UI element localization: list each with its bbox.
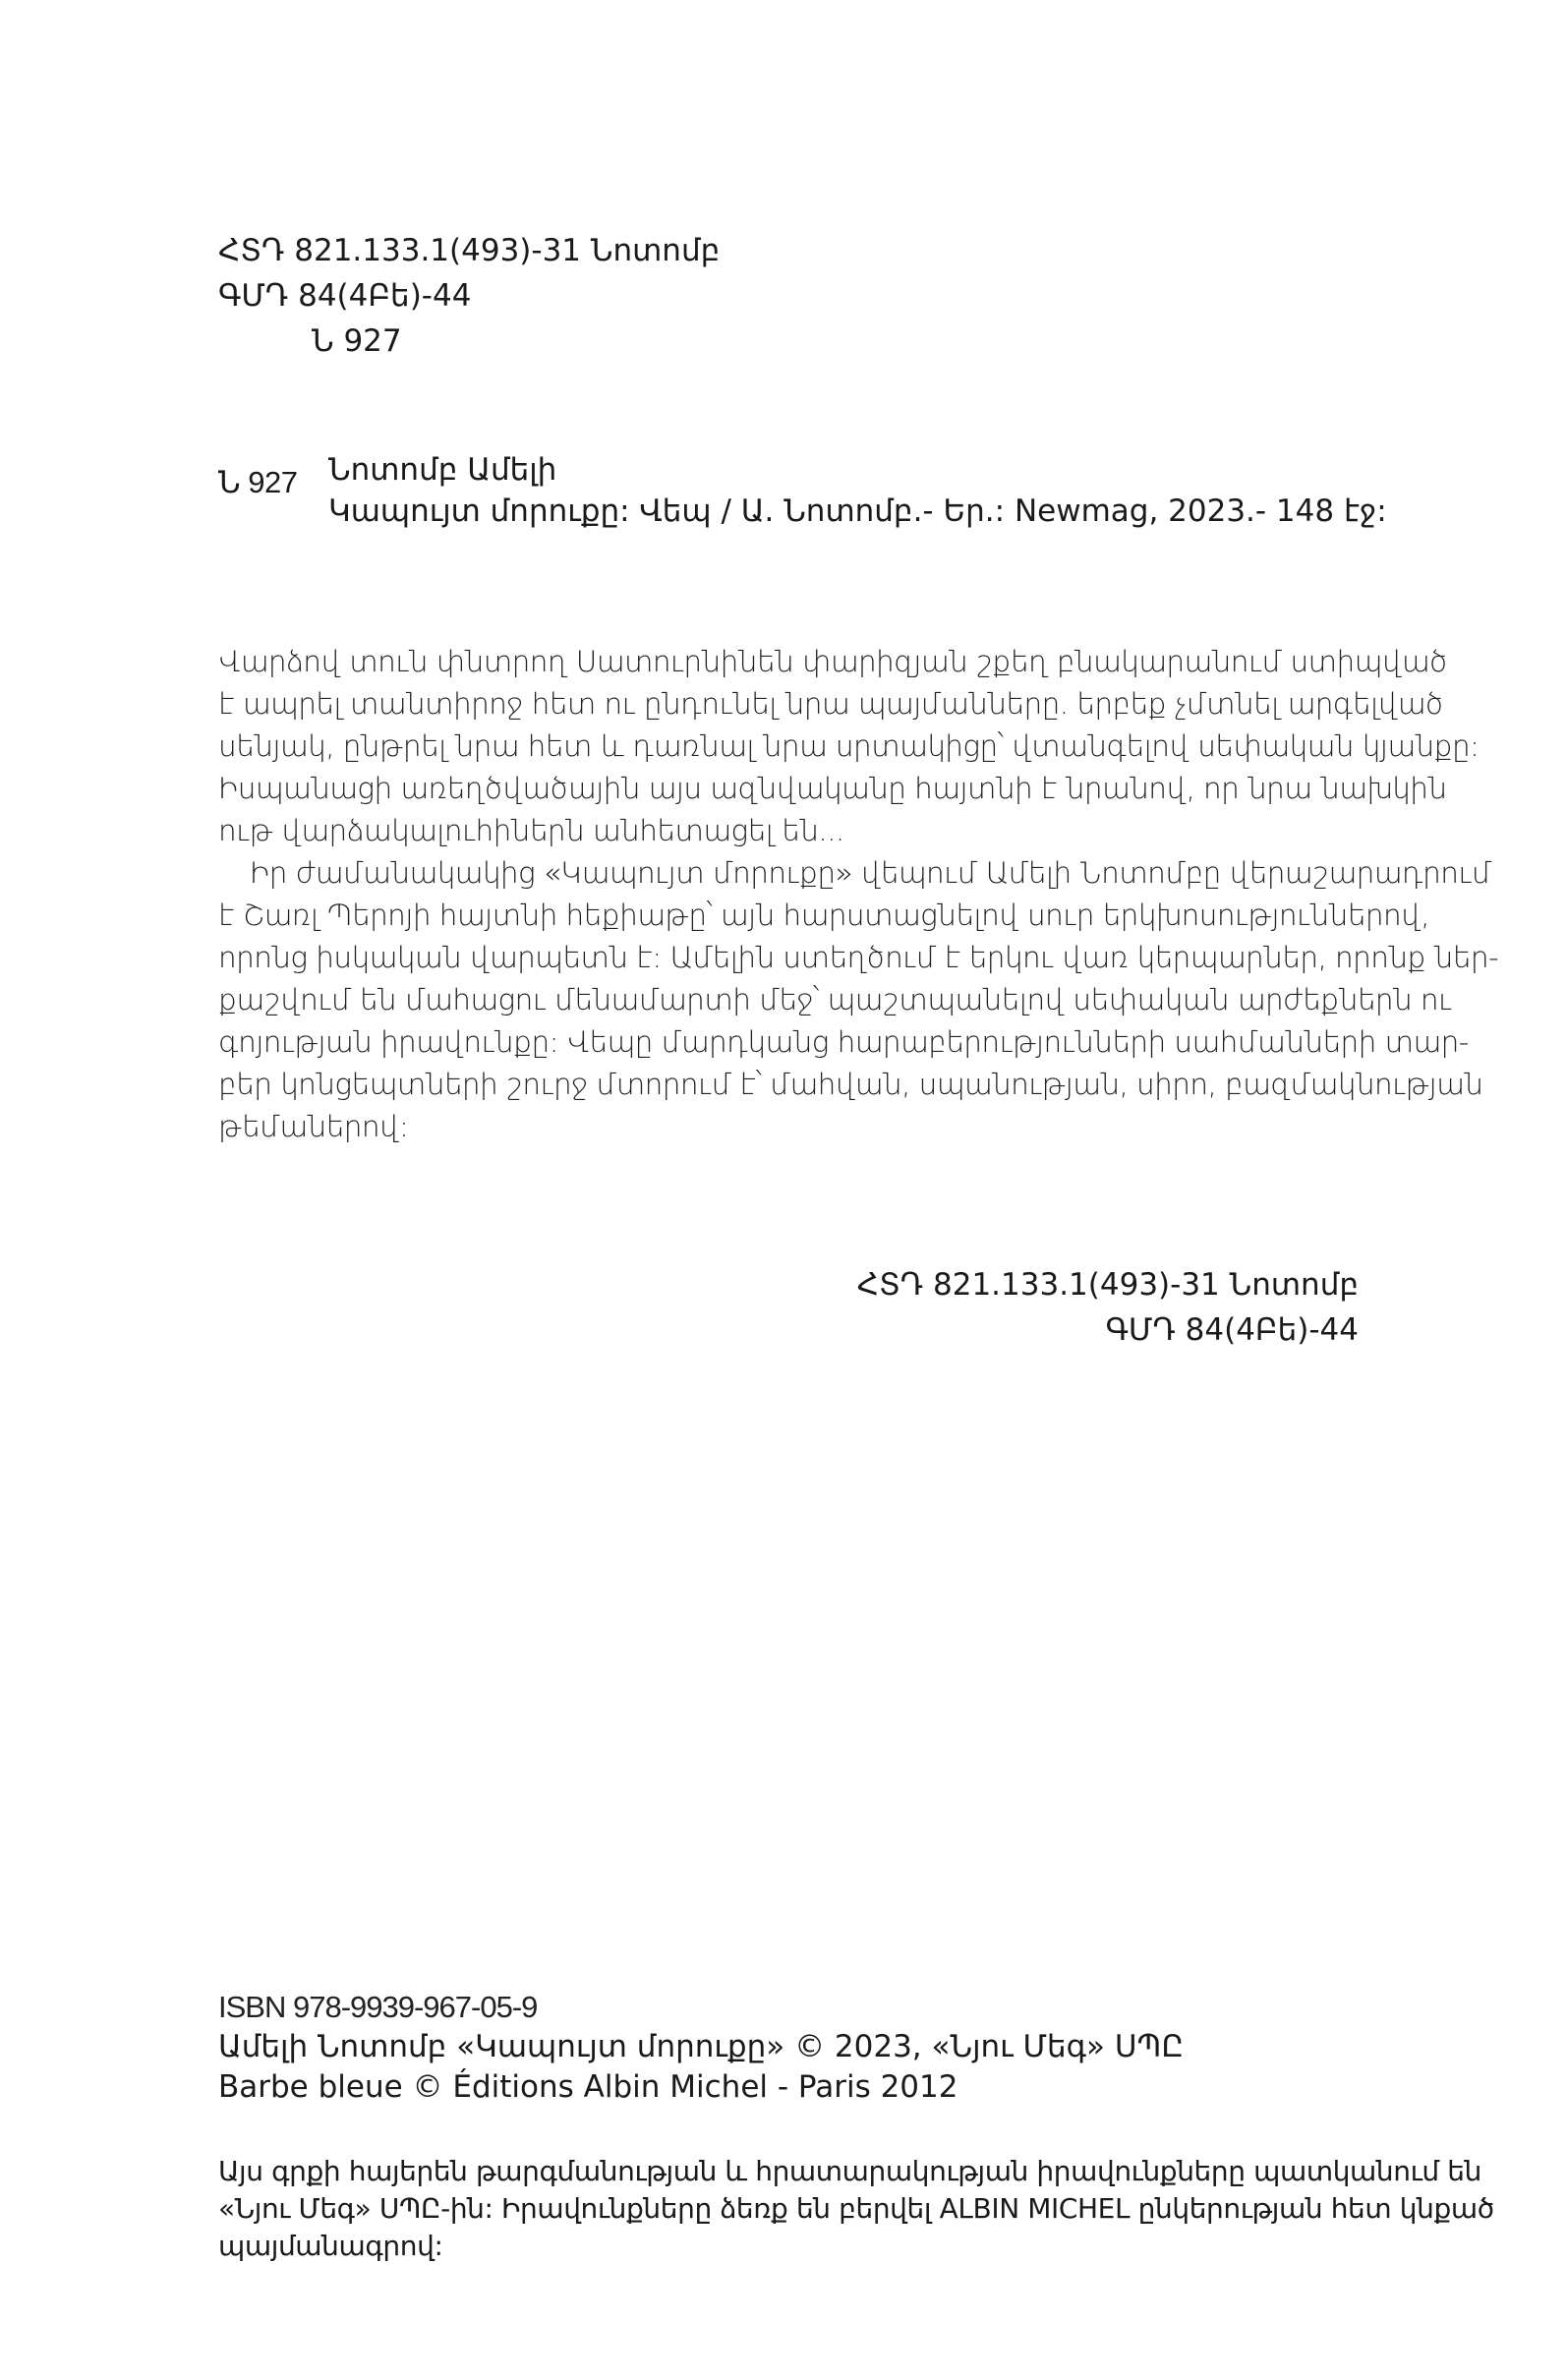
catalog-author: Նոտոմբ Ամելի xyxy=(328,449,1387,491)
author-mark: Ն 927 xyxy=(218,319,720,364)
book-annotation: Վարձով տուն փնտրող Սատուրնինեն փարիզյան … xyxy=(218,641,1357,1148)
bbk-classification: ԳՄԴ 84(4Բե)-44 xyxy=(218,273,720,319)
classification-block-right: ՀՏԴ 821.133.1(493)-31 Նոտոմբ ԳՄԴ 84(4Բե)… xyxy=(857,1262,1359,1353)
copyright-page: ՀՏԴ 821.133.1(493)-31 Նոտոմբ ԳՄԴ 84(4Բե)… xyxy=(0,0,1567,2380)
annotation-line: գոյության իրավունքը: Վեպը մարդկանց հարաբ… xyxy=(218,1021,1357,1064)
rights-line: պայմանագրով: xyxy=(218,2228,1339,2265)
annotation-line: Իր ժամանակակից «Կապույտ մորուքը» վեպում … xyxy=(218,852,1357,895)
annotation-line: սենյակ, ընթրել նրա հետ և դառնալ նրա սրտա… xyxy=(218,726,1357,768)
annotation-line: բեր կոնցեպտների շուրջ մտորում է՝ մահվան,… xyxy=(218,1064,1357,1106)
annotation-line: Վարձով տուն փնտրող Սատուրնինեն փարիզյան … xyxy=(218,641,1357,683)
rights-notice: Այս գրքի հայերեն թարգմանության և հրատարա… xyxy=(218,2153,1339,2265)
annotation-line: է ապրել տանտիրոջ հետ ու ընդունել նրա պայ… xyxy=(218,683,1357,726)
armenian-copyright: Ամելի Նոտոմբ «Կապույտ մորուքը» © 2023, «… xyxy=(218,2027,1184,2067)
bbk-classification: ԳՄԴ 84(4Բե)-44 xyxy=(857,1307,1359,1353)
annotation-line: Իսպանացի առեղծվածային այս ազնվականը հայտ… xyxy=(218,768,1357,810)
copyright-block: ISBN 978-9939-967-05-9 Ամելի Նոտոմբ «Կապ… xyxy=(218,1987,1184,2108)
original-copyright: Barbe bleue © Éditions Albin Michel - Pa… xyxy=(218,2067,1184,2108)
udc-classification: ՀՏԴ 821.133.1(493)-31 Նոտոմբ xyxy=(857,1262,1359,1307)
udc-classification: ՀՏԴ 821.133.1(493)-31 Նոտոմբ xyxy=(218,228,720,273)
annotation-line: որոնց իսկական վարպետն է: Ամելին ստեղծում… xyxy=(218,937,1357,979)
annotation-line: ութ վարձակալուհիներն անհետացել են... xyxy=(218,810,1357,852)
rights-line: «Նյու Մեգ» ՍՊԸ-ին: Իրավունքները ձեռք են … xyxy=(218,2190,1339,2228)
rights-line: Այս գրքի հայերեն թարգմանության և հրատարա… xyxy=(218,2153,1339,2190)
isbn: ISBN 978-9939-967-05-9 xyxy=(218,1987,1184,2027)
catalog-title-line: Կապույտ մորուքը: Վեպ / Ա. Նոտոմբ.- Եր.: … xyxy=(328,491,1387,532)
annotation-line: թեմաներով: xyxy=(218,1106,1357,1148)
catalog-code: Ն 927 xyxy=(218,465,297,500)
annotation-line: քաշվում են մահացու մենամարտի մեջ՝ պաշտպա… xyxy=(218,979,1357,1021)
annotation-line: է Շառլ Պերոյի հայտնի հեքիաթը՝ այն հարստա… xyxy=(218,895,1357,937)
catalog-entry-text: Նոտոմբ Ամելի Կապույտ մորուքը: Վեպ / Ա. Ն… xyxy=(328,449,1387,532)
classification-block: ՀՏԴ 821.133.1(493)-31 Նոտոմբ ԳՄԴ 84(4Բե)… xyxy=(218,228,720,364)
